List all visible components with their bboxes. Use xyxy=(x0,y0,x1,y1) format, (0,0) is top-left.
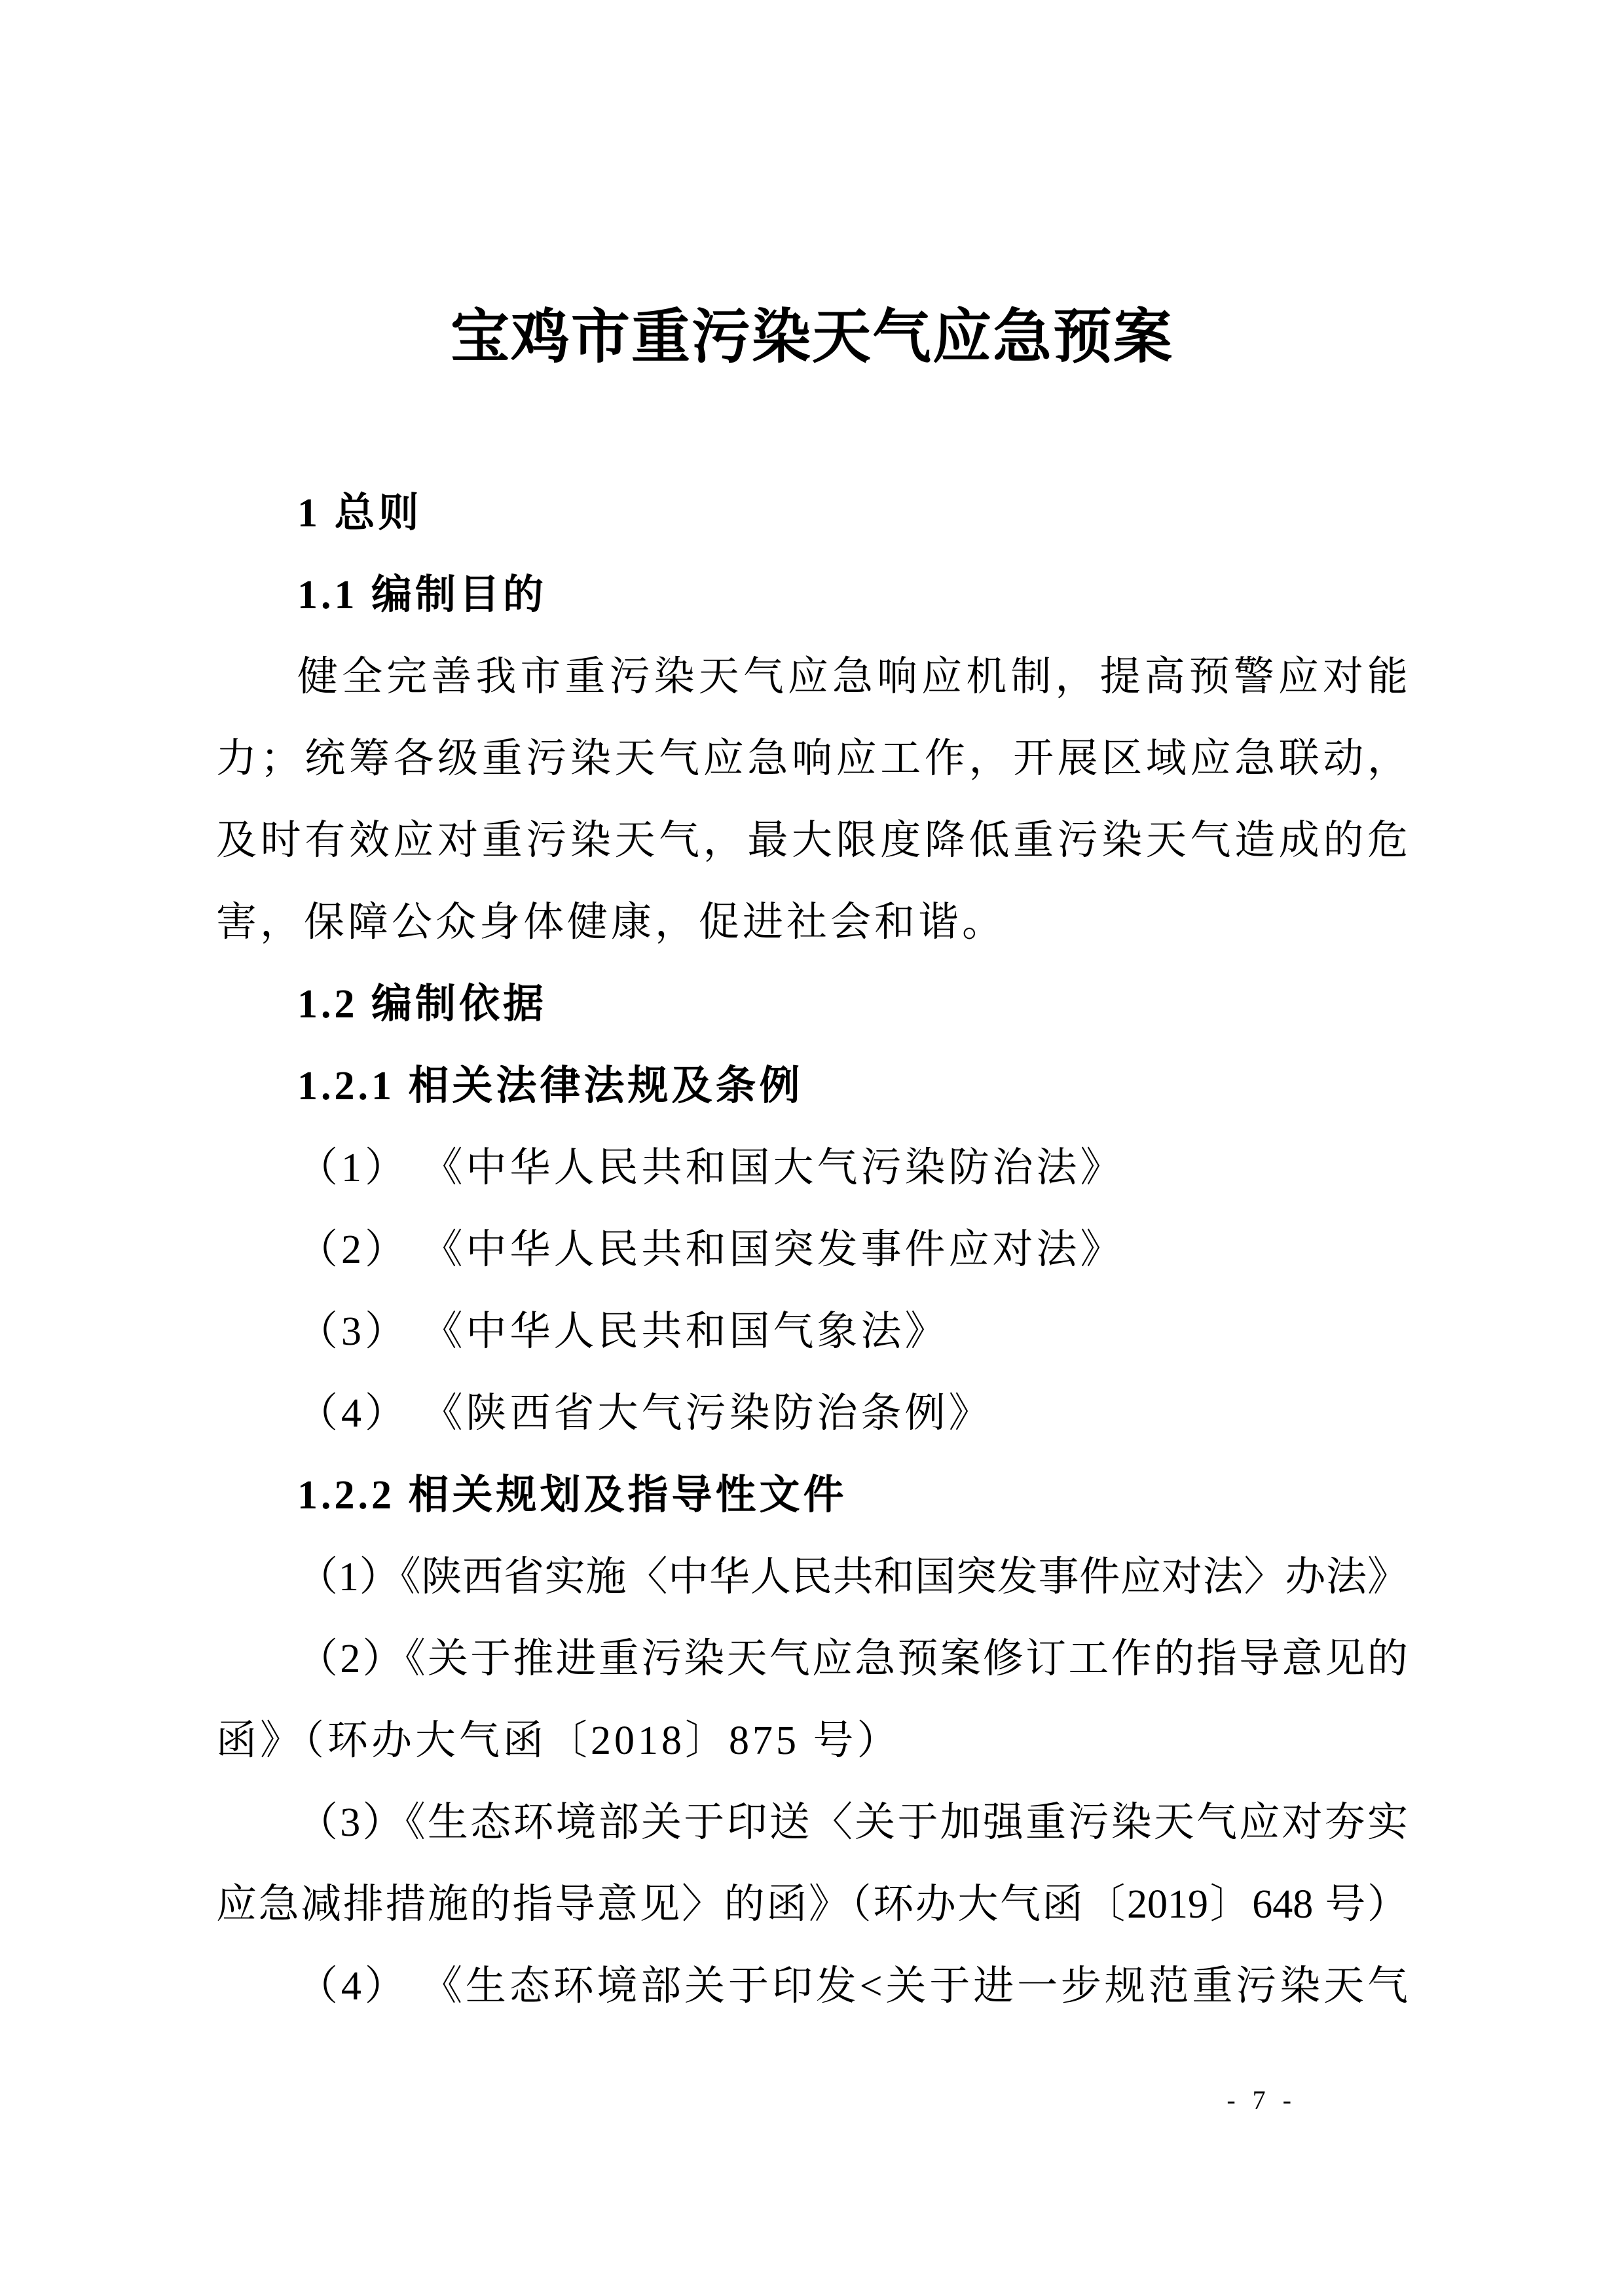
guidance-document-item: （1）《陕西省实施〈中华人民共和国突发事件应对法〉办法》 xyxy=(216,1537,1408,1618)
section-heading-1-2-1: 1.2.1 相关法律法规及条例 xyxy=(216,1046,1408,1127)
guidance-document-item: （2）《关于推进重污染天气应急预案修订工作的指导意见的 xyxy=(216,1618,1408,1700)
legal-reference-item: （4） 《陕西省大气污染防治条例》 xyxy=(216,1373,1408,1455)
paragraph-line: 力；统筹各级重污染天气应急响应工作，开展区域应急联动， xyxy=(216,718,1408,800)
document-title: 宝鸡市重污染天气应急预案 xyxy=(216,0,1408,368)
paragraph-line: 害，保障公众身体健康，促进社会和谐。 xyxy=(216,882,1408,964)
guidance-document-item: （3）《生态环境部关于印送〈关于加强重污染天气应对夯实 xyxy=(216,1782,1408,1864)
section-heading-1: 1 总则 xyxy=(216,473,1408,555)
guidance-document-item: （4） 《生态环境部关于印发<关于进一步规范重污染天气 xyxy=(216,1946,1408,2028)
legal-reference-item: （2） 《中华人民共和国突发事件应对法》 xyxy=(216,1209,1408,1291)
legal-reference-item: （1） 《中华人民共和国大气污染防治法》 xyxy=(216,1127,1408,1209)
guidance-document-item: 函》（环办大气函〔2018〕875 号） xyxy=(216,1700,1408,1782)
section-heading-1-2: 1.2 编制依据 xyxy=(216,964,1408,1046)
document-page: 宝鸡市重污染天气应急预案 1 总则 1.1 编制目的 健全完善我市重污染天气应急… xyxy=(0,0,1624,2296)
guidance-document-item: 应急减排措施的指导意见〉的函》（环办大气函〔2019〕648 号） xyxy=(216,1864,1408,1946)
section-heading-1-2-2: 1.2.2 相关规划及指导性文件 xyxy=(216,1455,1408,1537)
paragraph-line: 及时有效应对重污染天气，最大限度降低重污染天气造成的危 xyxy=(216,800,1408,882)
section-heading-1-1: 1.1 编制目的 xyxy=(216,555,1408,636)
legal-reference-item: （3） 《中华人民共和国气象法》 xyxy=(216,1291,1408,1373)
paragraph-line: 健全完善我市重污染天气应急响应机制，提高预警应对能 xyxy=(216,636,1408,718)
document-content: 宝鸡市重污染天气应急预案 1 总则 1.1 编制目的 健全完善我市重污染天气应急… xyxy=(0,0,1624,2114)
page-number: - 7 - xyxy=(216,2086,1408,2114)
